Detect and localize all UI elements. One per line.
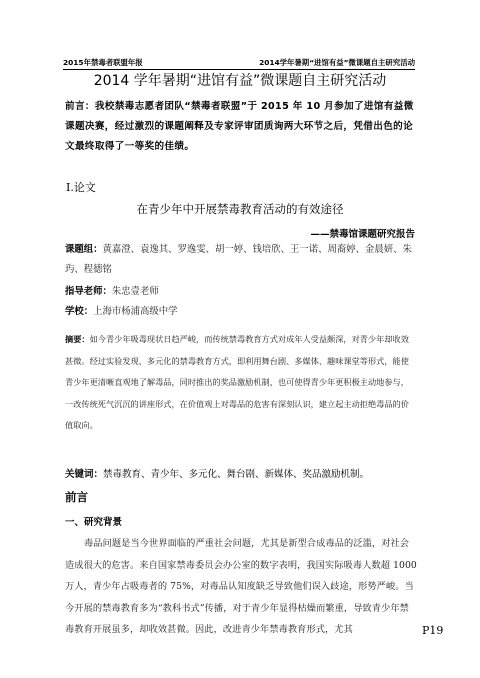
advisor-value: 朱忠壹老师 — [112, 286, 159, 297]
group-label: 课题组： — [65, 244, 103, 255]
paper-title: 在青少年中开展禁毒教育活动的有效途径 — [0, 201, 480, 217]
paper-subtitle: ——禁毒馆课题研究报告 — [310, 226, 415, 240]
abstract-text: 如今青少年吸毒现状日趋严峻，而传统禁毒教育方式对成年人受益颇深，对青少年却收效甚… — [65, 334, 409, 430]
preface-paragraph: 前言：我校禁毒志愿者团队“禁毒者联盟”于 2015 年 10 月参加了进馆有益微… — [65, 97, 417, 157]
group-members: 黄嘉澄、袁逸其、罗逸雯、胡一婷、钱培欣、王一诺、周裔婷、金晨妍、朱玙、程德铭 — [65, 244, 412, 275]
keywords-text: 禁毒教育、青少年、多元化、舞台剧、新媒体、奖品激励机制。 — [103, 469, 369, 480]
abstract: 摘要：如今青少年吸毒现状日趋严峻，而传统禁毒教育方式对成年人受益颇深，对青少年却… — [65, 329, 417, 437]
school-label: 学校： — [65, 306, 93, 317]
background-heading: 一、研究背景 — [65, 514, 122, 528]
running-header: 2015年禁毒者联盟年报 2014学年暑期“进馆有益”微课题自主研究活动 — [63, 58, 415, 70]
school: 学校：上海市杨浦高级中学 — [65, 302, 417, 322]
keywords-label: 关键词： — [65, 469, 103, 480]
research-group: 课题组：黄嘉澄、袁逸其、罗逸雯、胡一婷、钱培欣、王一诺、周裔婷、金晨妍、朱玙、程… — [65, 240, 417, 280]
page-title: 2014 学年暑期“进馆有益”微课题自主研究活动 — [0, 71, 480, 91]
header-left: 2015年禁毒者联盟年报 — [63, 58, 143, 68]
keywords: 关键词：禁毒教育、青少年、多元化、舞台剧、新媒体、奖品激励机制。 — [65, 466, 369, 480]
abstract-label: 摘要： — [65, 334, 90, 344]
advisor-label: 指导老师： — [65, 286, 112, 297]
body-paragraph: 毒品问题是当今世界面临的严重社会问题，尤其是新型合成毒品的泛滥，对社会造成很大的… — [65, 533, 417, 641]
page-number: P19 — [422, 624, 443, 637]
header-right: 2014学年暑期“进馆有益”微课题自主研究活动 — [259, 58, 415, 68]
advisor: 指导老师：朱忠壹老师 — [65, 282, 417, 302]
document-page: 2015年禁毒者联盟年报 2014学年暑期“进馆有益”微课题自主研究活动 201… — [0, 0, 480, 678]
school-value: 上海市杨浦高级中学 — [93, 306, 177, 317]
intro-heading: 前言 — [65, 489, 88, 505]
section-heading: Ⅰ.论文 — [66, 179, 96, 195]
